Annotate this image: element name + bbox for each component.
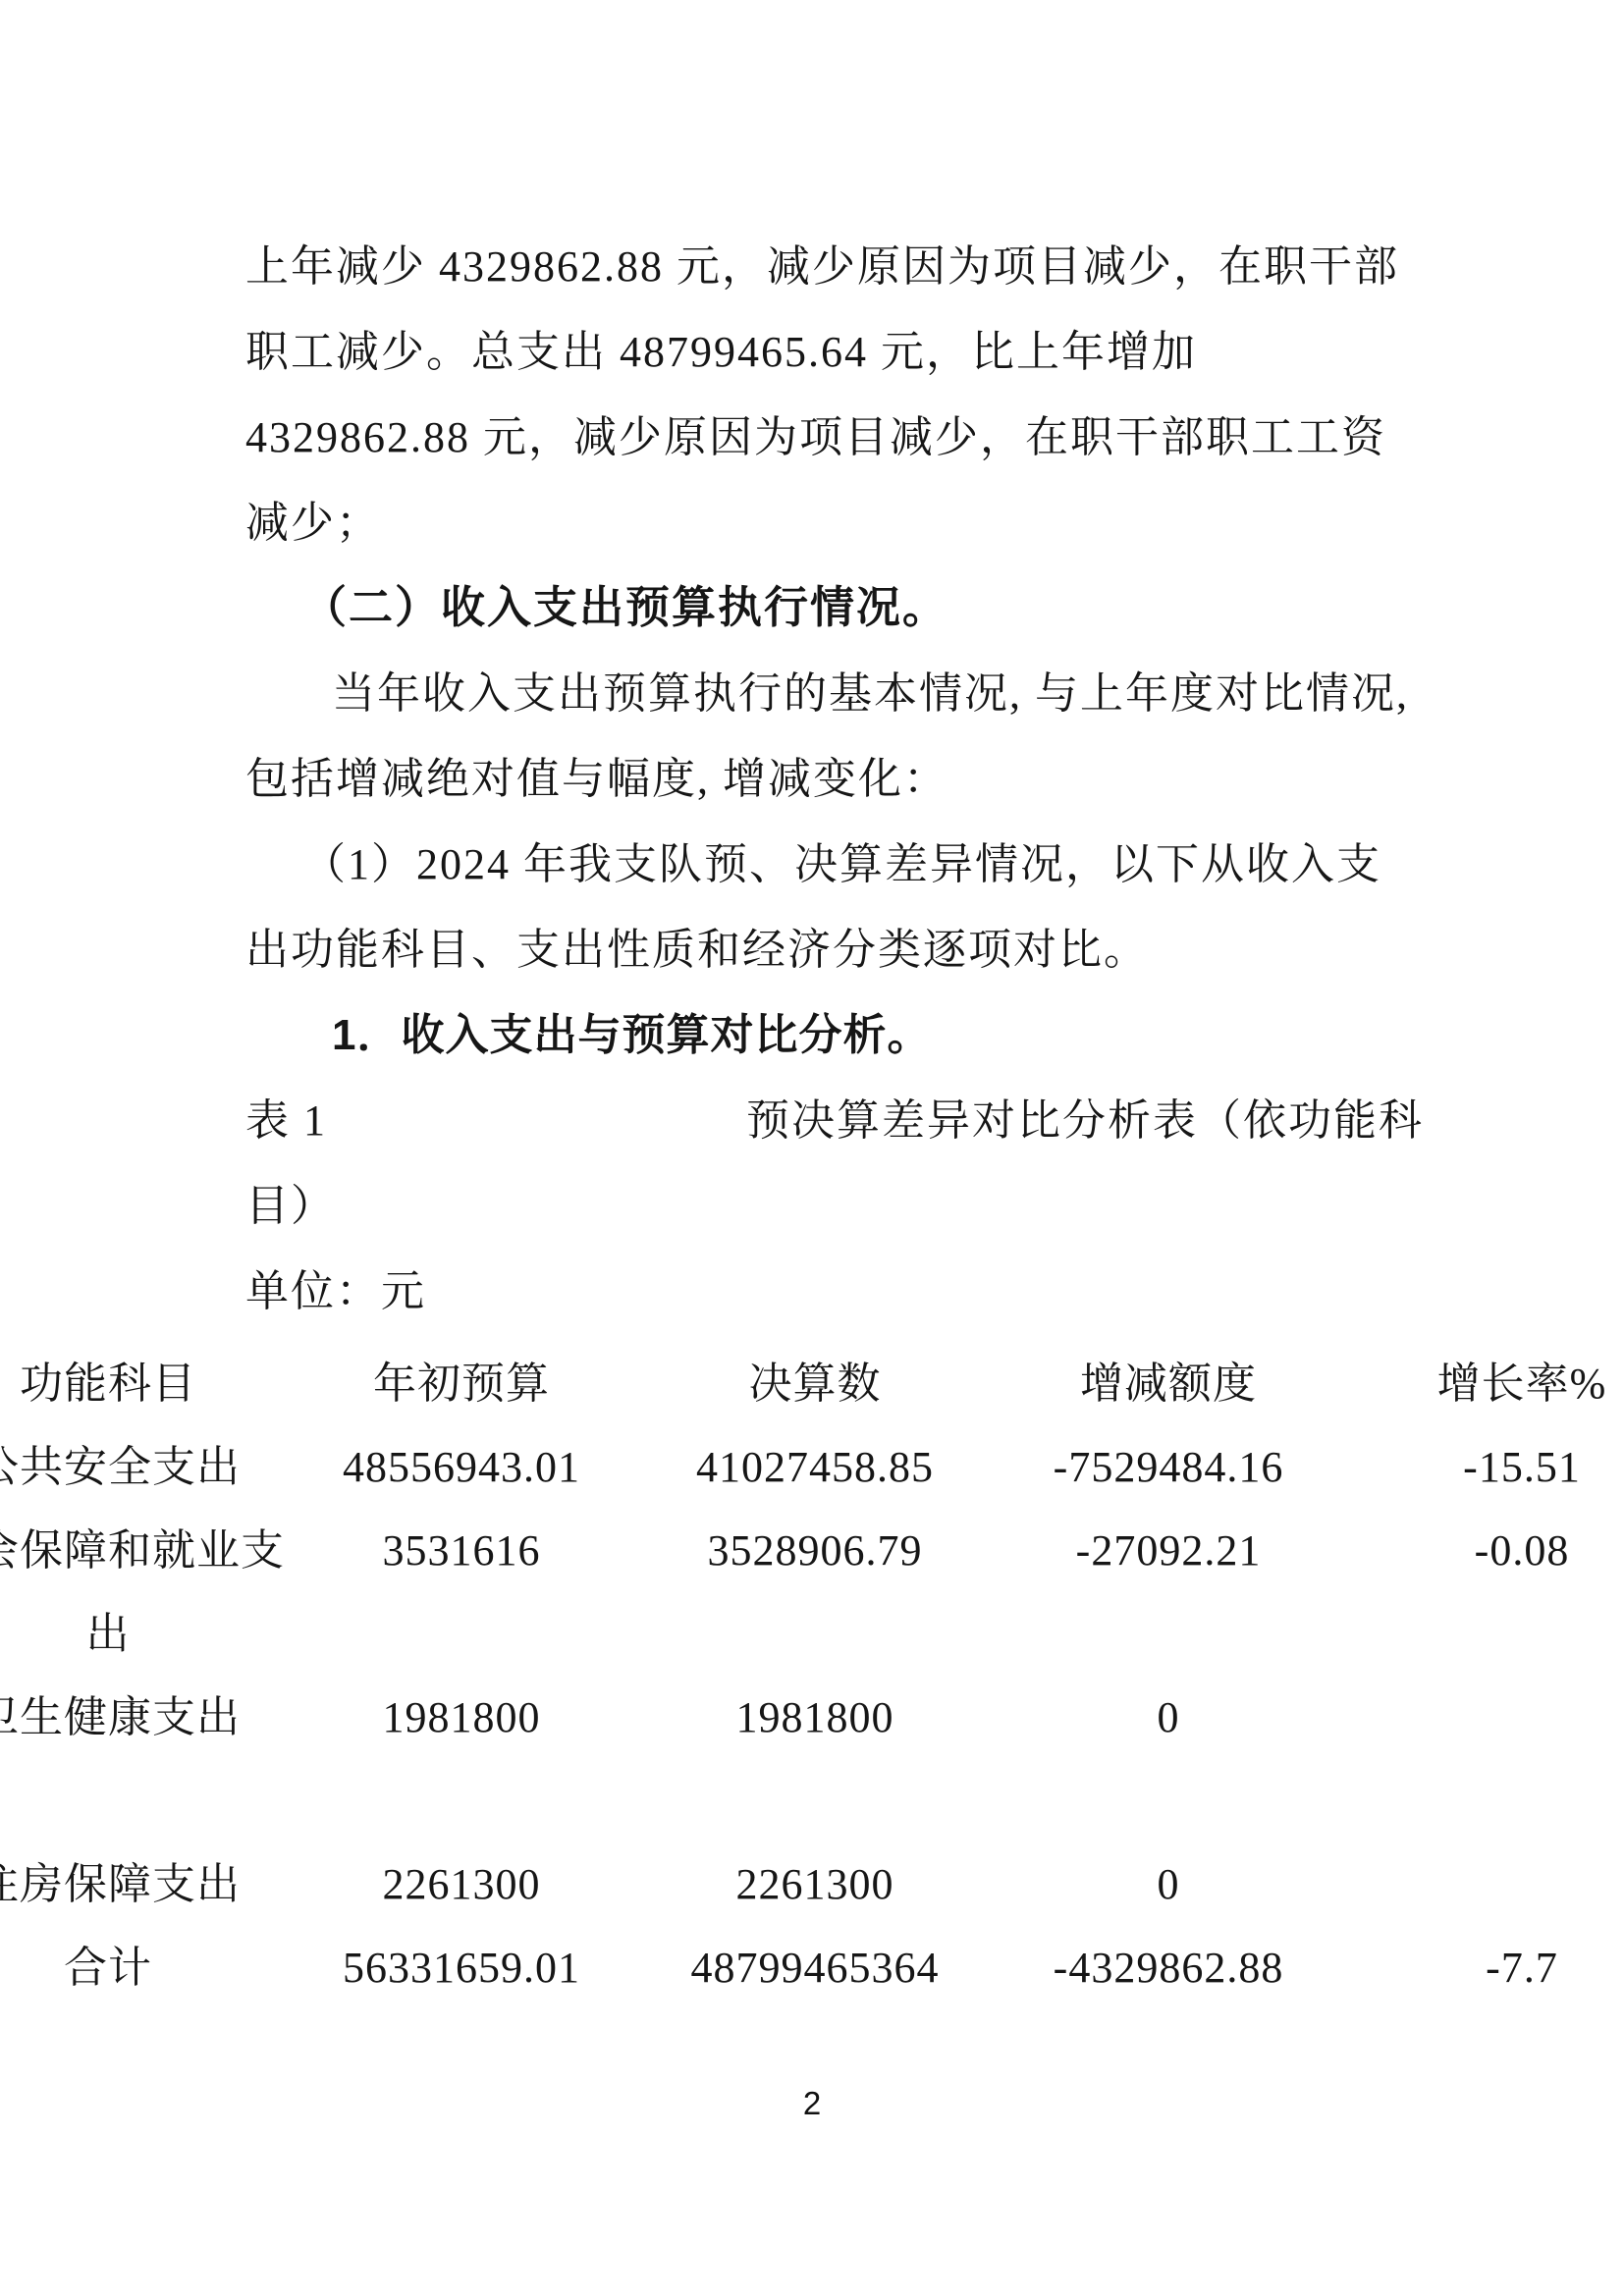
table-cell: 3528906.79 [638,1509,992,1676]
paragraph-line: 上年减少 4329862.88 元，减少原因为项目减少，在职干部 [245,224,1463,309]
budget-table: 功能科目 年初预算 决算数 增减额度 增长率% 公共安全支出 48556943.… [0,1342,1624,2009]
document-page: 上年减少 4329862.88 元，减少原因为项目减少，在职干部 职工减少。总支… [0,0,1624,2296]
table-header-row: 功能科目 年初预算 决算数 增减额度 增长率% [0,1342,1624,1425]
table-cell: 3531616 [285,1509,638,1676]
table-row: 公共安全支出 48556943.01 41027458.85 -7529484.… [0,1425,1624,1509]
table-total-row: 合计 56331659.01 48799465364 -4329862.88 -… [0,1926,1624,2009]
analysis-heading: 1．收入支出与预算对比分析。 [245,992,1463,1078]
table-cell: 0 [992,1676,1345,1759]
table-cell: 合计 [0,1926,285,2009]
table-cell: -4329862.88 [992,1926,1345,2009]
paragraph-line: 出功能科目、支出性质和经济分类逐项对比。 [245,907,1463,992]
table-cell: 2261300 [638,1842,992,1926]
document-body: 上年减少 4329862.88 元，减少原因为项目减少，在职干部 职工减少。总支… [245,224,1463,1334]
table-cell: 1981800 [638,1676,992,1759]
table-header-cell: 增长率% [1345,1342,1624,1425]
table-cell: -27092.21 [992,1509,1345,1676]
table-row: 社会保障和就业支出 3531616 3528906.79 -27092.21 -… [0,1509,1624,1676]
paragraph-line: （1）2024 年我支队预、决算差异情况，以下从收入支 [245,822,1463,907]
table-cell [0,1759,285,1842]
table-cell: 0 [992,1842,1345,1926]
section-heading: （二）收入支出预算执行情况。 [245,565,1463,651]
table-row: 卫生健康支出 1981800 1981800 0 [0,1676,1624,1759]
page-number: 2 [0,2085,1624,2122]
table-header-cell: 功能科目 [0,1342,285,1425]
table-cell: 1981800 [285,1676,638,1759]
table-caption: 表 1 预决算差异对比分析表（依功能科 [245,1078,1463,1163]
table-cell: 公共安全支出 [0,1425,285,1509]
table-row [0,1759,1624,1842]
table-cell [1345,1842,1624,1926]
table-cell: -0.08 [1345,1509,1624,1676]
paragraph-line: 4329862.88 元，减少原因为项目减少，在职干部职工工资 [245,395,1463,480]
table-cell: 48799465364 [638,1926,992,2009]
table-cell: 56331659.01 [285,1926,638,2009]
table-cell [1345,1759,1624,1842]
table-row: 住房保障支出 2261300 2261300 0 [0,1842,1624,1926]
paragraph-line: 减少； [245,480,1463,565]
table-header-cell: 决算数 [638,1342,992,1425]
paragraph-line: 当年收入支出预算执行的基本情况, 与上年度对比情况, [245,651,1463,736]
table-cell: -7529484.16 [992,1425,1345,1509]
table-cell [992,1759,1345,1842]
table-cell: 住房保障支出 [0,1842,285,1926]
table-cell: 48556943.01 [285,1425,638,1509]
paragraph-line: 包括增减绝对值与幅度, 增减变化： [245,736,1463,822]
table-cell: 卫生健康支出 [0,1676,285,1759]
table-cell: 社会保障和就业支出 [0,1509,285,1676]
table-caption-title-wrap: 目） [245,1163,1463,1249]
table-caption-title: 预决算差异对比分析表（依功能科 [746,1078,1424,1163]
table-cell [638,1759,992,1842]
table-cell: 2261300 [285,1842,638,1926]
unit-label: 单位：元 [245,1249,1463,1334]
table-cell: 41027458.85 [638,1425,992,1509]
table-header-cell: 年初预算 [285,1342,638,1425]
table-header-cell: 增减额度 [992,1342,1345,1425]
table-caption-label: 表 1 [245,1096,327,1145]
table-cell: -7.7 [1345,1926,1624,2009]
paragraph-line: 职工减少。总支出 48799465.64 元，比上年增加 [245,309,1463,395]
table-cell [285,1759,638,1842]
table-cell [1345,1676,1624,1759]
table-cell: -15.51 [1345,1425,1624,1509]
